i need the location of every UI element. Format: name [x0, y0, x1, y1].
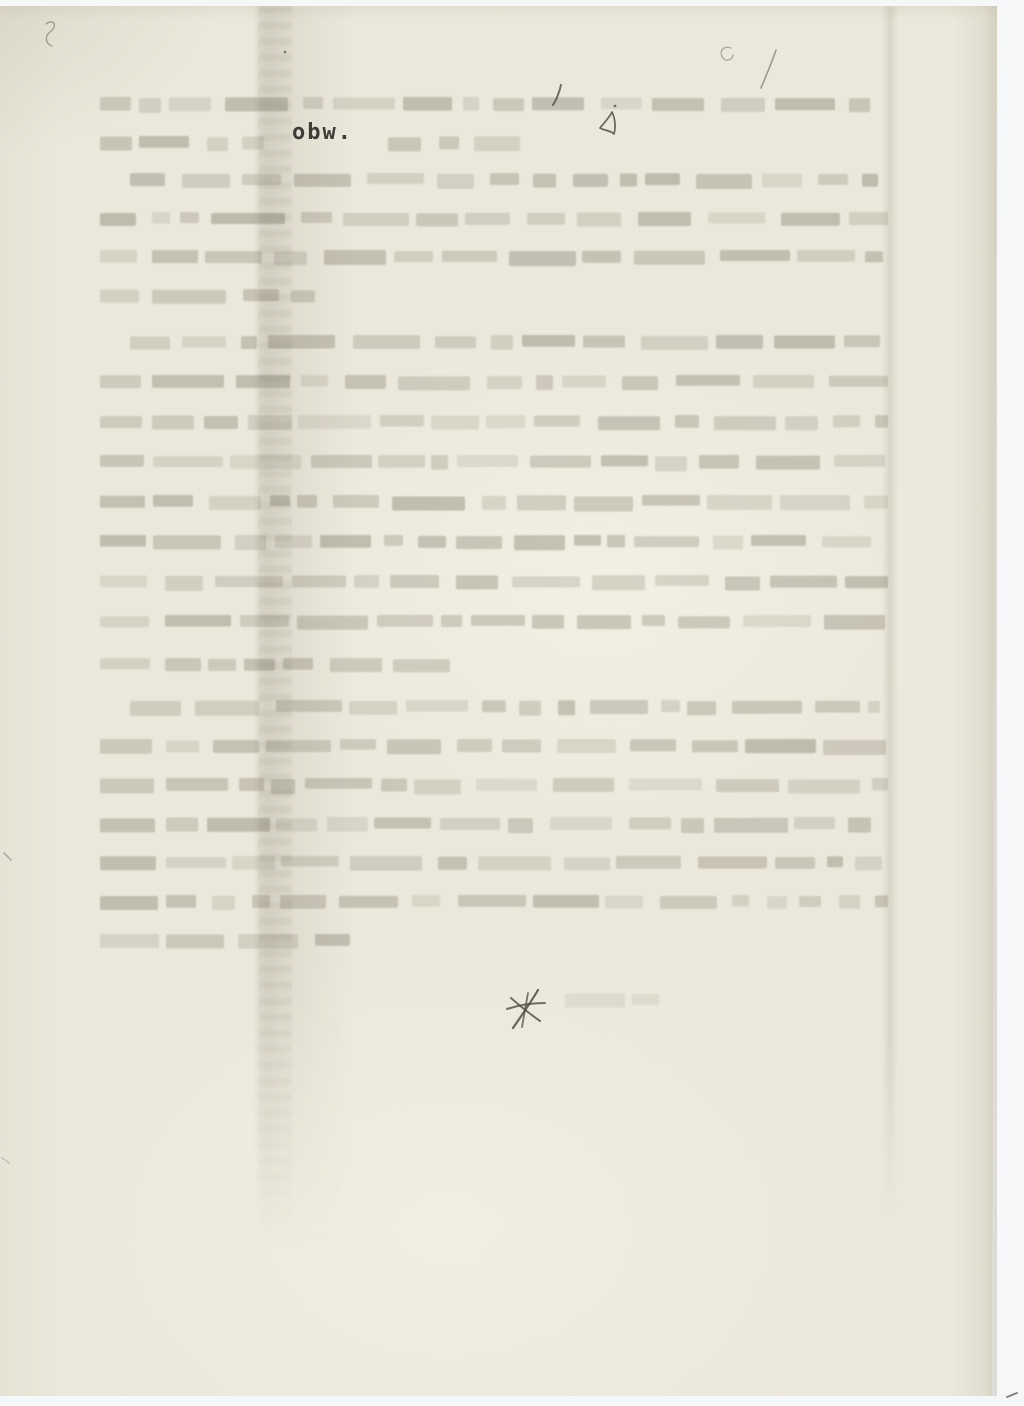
faded-word: [564, 857, 611, 870]
faded-word: [320, 535, 371, 548]
faded-word: [502, 740, 541, 753]
faded-word: [824, 615, 885, 629]
faded-word: [565, 994, 625, 1008]
faded-word: [100, 136, 132, 150]
faded-word: [139, 98, 161, 113]
faded-word: [781, 213, 839, 226]
faded-word: [205, 251, 262, 263]
faded-word: [431, 455, 447, 469]
faded-word: [403, 97, 452, 111]
faded-word: [212, 896, 235, 910]
faded-word: [629, 778, 702, 790]
faded-word: [100, 535, 146, 546]
faded-word: [431, 416, 479, 430]
faded-word: [687, 701, 716, 715]
faded-word: [242, 174, 281, 185]
faded-text-line: [100, 817, 885, 835]
faded-word: [252, 895, 269, 908]
faded-word: [601, 97, 642, 109]
faded-word: [235, 535, 266, 550]
faded-word: [390, 575, 439, 588]
faded-word: [573, 174, 609, 187]
faded-word: [553, 778, 614, 791]
faded-word: [153, 456, 223, 467]
faded-word: [630, 739, 676, 751]
faded-word: [152, 212, 170, 223]
faded-word: [822, 536, 870, 547]
faded-word: [471, 615, 525, 626]
faded-word: [276, 700, 342, 712]
faded-word: [532, 615, 564, 629]
faded-word: [384, 535, 403, 546]
faded-word: [872, 778, 888, 791]
faded-word: [350, 856, 422, 870]
faded-word: [457, 739, 492, 752]
faded-word: [550, 817, 612, 830]
faded-word: [522, 335, 575, 347]
faded-text-line: [130, 173, 878, 191]
faded-word: [311, 455, 371, 468]
faded-word: [509, 251, 576, 266]
faded-word: [849, 212, 888, 225]
faded-word: [215, 576, 284, 587]
faded-word: [100, 416, 142, 428]
faded-word: [456, 536, 502, 549]
faded-word: [562, 376, 606, 388]
faded-word: [152, 416, 194, 430]
faded-word: [642, 615, 665, 626]
faded-word: [100, 496, 145, 508]
faded-word: [340, 739, 375, 750]
faded-text-line: [100, 658, 450, 676]
faded-word: [678, 616, 730, 628]
faded-word: [165, 658, 201, 671]
faded-word: [478, 856, 551, 870]
faded-word: [845, 576, 888, 588]
faded-text-line: [100, 136, 265, 154]
faded-word: [753, 375, 814, 388]
faded-word: [283, 658, 313, 670]
faded-word: [152, 250, 198, 263]
faded-word: [530, 456, 590, 468]
faded-word: [204, 416, 238, 429]
faded-word: [305, 778, 372, 789]
faded-word: [527, 213, 564, 225]
faded-word: [354, 575, 379, 587]
faded-word: [207, 818, 270, 832]
faded-word: [238, 934, 299, 948]
faded-text-line: [100, 250, 888, 268]
faded-word: [512, 576, 580, 587]
faded-word: [696, 174, 752, 189]
faded-word: [558, 700, 575, 715]
faded-word: [645, 173, 680, 185]
faded-word: [439, 136, 459, 149]
faded-word: [339, 896, 398, 908]
faded-word: [166, 740, 200, 752]
faded-word: [681, 818, 704, 833]
faded-word: [291, 290, 315, 302]
faded-word: [139, 136, 189, 148]
faded-text-line: [100, 495, 888, 513]
faded-text-line: [130, 335, 880, 353]
faded-word: [655, 456, 687, 471]
faded-word: [834, 455, 885, 467]
faded-word: [675, 415, 698, 427]
faded-word: [799, 896, 821, 907]
faded-word: [660, 896, 718, 909]
faded-word: [243, 289, 280, 301]
faded-word: [330, 658, 382, 672]
faded-word: [294, 174, 350, 187]
faded-word: [794, 817, 835, 829]
faded-text-line: [100, 739, 890, 757]
faded-word: [574, 535, 601, 546]
faded-word: [280, 895, 326, 909]
right-side-crease: [882, 6, 898, 1216]
faded-word: [519, 701, 541, 716]
faded-word: [232, 856, 275, 870]
faded-word: [598, 416, 661, 430]
faded-word: [622, 376, 658, 390]
faded-text-line: [100, 895, 888, 913]
faded-word: [655, 575, 709, 586]
faded-word: [590, 700, 647, 714]
faded-word: [353, 335, 420, 349]
faded-word: [620, 174, 637, 187]
faded-word: [708, 212, 765, 223]
faded-word: [130, 701, 181, 716]
faded-word: [275, 535, 312, 548]
faded-word: [482, 700, 506, 712]
faded-word: [770, 576, 837, 588]
faded-word: [849, 98, 870, 112]
typed-word-obw: obw.: [292, 120, 353, 145]
faded-word: [270, 495, 290, 506]
faded-word: [100, 818, 155, 832]
faded-word: [153, 535, 221, 549]
faded-word: [698, 857, 767, 869]
faded-word: [100, 856, 156, 870]
faded-word: [394, 251, 433, 262]
paper-right-edge-shadow: [952, 6, 997, 1396]
faded-word: [862, 174, 878, 187]
faded-word: [276, 818, 317, 831]
faded-word: [632, 994, 660, 1005]
faded-word: [692, 740, 738, 752]
faded-word: [745, 739, 816, 753]
faded-text-line: [100, 212, 888, 230]
faded-word: [182, 336, 226, 347]
faded-word: [166, 934, 224, 948]
faded-word: [714, 416, 776, 430]
faded-word: [281, 856, 339, 867]
faded-word: [166, 818, 198, 832]
faded-word: [414, 779, 461, 794]
faded-word: [225, 97, 288, 111]
faded-word: [345, 375, 386, 389]
faded-word: [378, 455, 424, 468]
faded-word: [100, 779, 154, 794]
faded-word: [244, 659, 274, 671]
faded-word: [491, 335, 513, 350]
faded-word: [182, 174, 230, 188]
faded-word: [592, 575, 644, 590]
faded-word: [297, 495, 317, 508]
faded-word: [441, 615, 462, 627]
faded-word: [721, 98, 765, 112]
faded-word: [848, 818, 871, 833]
faded-word: [166, 778, 228, 791]
faded-word: [533, 895, 599, 908]
faded-word: [207, 137, 229, 151]
scanned-document-page: { "meta": { "description": "Scanned page…: [0, 0, 1024, 1406]
faded-word: [374, 818, 431, 829]
faded-word: [713, 536, 743, 550]
faded-word: [268, 335, 335, 349]
faded-word: [377, 615, 434, 627]
faded-word: [208, 659, 236, 671]
faded-text-line: [565, 993, 663, 1011]
faded-word: [152, 290, 226, 304]
faded-word: [641, 336, 708, 350]
faded-word: [634, 536, 700, 547]
faded-word: [732, 895, 749, 907]
faded-word: [213, 740, 259, 753]
faded-word: [865, 251, 884, 262]
faded-word: [100, 658, 150, 669]
faded-word: [100, 739, 152, 753]
faded-word: [442, 251, 497, 262]
faded-word: [767, 896, 787, 909]
faded-word: [100, 896, 158, 910]
faded-word: [301, 212, 332, 223]
faded-word: [292, 575, 346, 587]
faded-word: [100, 616, 149, 627]
faded-word: [605, 896, 643, 909]
faded-word: [699, 455, 740, 469]
faded-word: [714, 818, 787, 833]
faded-word: [707, 495, 772, 510]
faded-word: [100, 455, 144, 467]
faded-word: [387, 739, 441, 754]
faded-word: [412, 895, 440, 907]
faded-word: [392, 496, 466, 510]
faded-text-line: [100, 615, 885, 633]
faded-word: [661, 700, 680, 712]
faded-word: [242, 137, 264, 150]
faded-word: [298, 415, 371, 429]
faded-word: [166, 895, 196, 907]
faded-text-line: [100, 289, 315, 307]
faded-word: [457, 455, 518, 467]
faded-text-line: [100, 415, 888, 433]
faded-word: [775, 98, 835, 110]
faded-word: [209, 496, 260, 510]
faded-text-line: [100, 856, 882, 874]
faded-word: [100, 213, 136, 226]
faded-word: [797, 250, 855, 262]
faded-word: [574, 496, 633, 511]
faded-text-line: [100, 455, 885, 473]
faded-text-line: [100, 934, 365, 952]
bottom-right-speck: [1007, 1393, 1017, 1397]
faded-word: [844, 335, 880, 347]
faded-word: [438, 857, 467, 870]
faded-word: [762, 173, 802, 187]
faded-text-line: [100, 375, 888, 393]
faded-word: [248, 415, 291, 429]
faded-word: [652, 98, 705, 111]
faded-word: [418, 536, 446, 548]
faded-word: [577, 615, 631, 629]
faded-word: [333, 495, 380, 508]
faded-word: [780, 495, 850, 510]
faded-word: [775, 857, 815, 869]
faded-word: [534, 415, 580, 426]
faded-word: [274, 251, 307, 265]
faded-word: [474, 136, 520, 151]
faded-word: [756, 456, 820, 470]
faded-word: [100, 375, 141, 388]
faded-word: [324, 250, 386, 265]
faded-word: [815, 701, 860, 713]
faded-word: [855, 856, 882, 870]
faded-word: [343, 213, 410, 226]
faded-word: [829, 376, 888, 387]
faded-word: [743, 615, 811, 627]
faded-word: [629, 817, 671, 829]
faded-word: [165, 576, 203, 591]
faded-word: [823, 740, 886, 755]
faded-word: [435, 336, 477, 348]
faded-word: [616, 856, 680, 869]
faded-word: [716, 335, 763, 349]
faded-word: [487, 376, 522, 389]
faded-word: [785, 416, 818, 430]
faded-word: [130, 336, 170, 349]
faded-word: [398, 376, 470, 390]
faded-word: [165, 615, 231, 627]
faded-word: [349, 701, 396, 715]
faded-word: [153, 495, 193, 507]
faded-word: [456, 575, 497, 589]
faded-word: [486, 415, 524, 428]
faded-word: [875, 895, 887, 907]
faded-word: [864, 496, 888, 509]
faded-word: [100, 934, 159, 948]
faded-text-line: [388, 136, 520, 154]
faded-word: [827, 856, 843, 867]
faded-word: [100, 575, 147, 587]
faded-word: [180, 212, 199, 223]
faded-word: [725, 576, 760, 590]
faded-word: [638, 212, 691, 226]
faded-word: [327, 817, 368, 831]
faded-word: [634, 251, 705, 265]
faded-text-line: [100, 778, 888, 796]
faded-word: [751, 535, 806, 546]
faded-word: [508, 818, 533, 833]
faded-word: [416, 213, 458, 226]
faded-word: [577, 213, 621, 227]
faded-word: [381, 778, 407, 791]
faded-word: [514, 535, 565, 550]
faded-word: [607, 535, 624, 547]
faded-word: [211, 213, 285, 224]
faded-word: [271, 779, 295, 794]
faded-word: [315, 934, 349, 946]
faded-text-line: [100, 535, 885, 553]
faded-word: [536, 375, 553, 390]
faded-word: [100, 290, 139, 303]
faded-text-line: [100, 97, 870, 115]
faded-text-line: [130, 700, 880, 718]
faded-word: [732, 701, 802, 714]
faded-word: [490, 173, 519, 185]
faded-word: [833, 415, 860, 427]
faded-word: [839, 895, 861, 909]
faded-word: [440, 818, 500, 830]
faded-word: [239, 778, 265, 791]
faded-word: [582, 251, 621, 263]
faded-word: [437, 174, 473, 189]
faded-word: [195, 701, 259, 716]
faded-word: [463, 97, 479, 111]
faded-word: [297, 616, 368, 630]
faded-word: [380, 415, 424, 427]
faded-word: [465, 213, 510, 225]
faded-text-line: [100, 575, 888, 593]
faded-word: [676, 375, 740, 386]
faded-word: [774, 335, 834, 348]
faded-word: [301, 375, 327, 387]
faded-word: [788, 779, 860, 793]
faded-word: [367, 173, 424, 184]
faded-word: [230, 455, 302, 469]
faded-word: [642, 495, 700, 506]
faded-word: [720, 250, 790, 261]
faded-word: [716, 779, 780, 792]
faded-word: [266, 740, 330, 752]
faded-word: [333, 98, 395, 110]
faded-word: [557, 739, 616, 753]
faded-word: [583, 336, 625, 348]
faded-word: [130, 173, 165, 186]
faded-word: [482, 496, 506, 510]
faded-word: [532, 97, 584, 110]
faded-word: [517, 495, 566, 510]
faded-word: [241, 336, 257, 349]
faded-word: [240, 615, 289, 626]
faded-word: [406, 700, 468, 711]
faded-word: [818, 174, 848, 185]
faded-word: [601, 455, 648, 466]
faded-word: [533, 174, 557, 188]
faded-word: [166, 857, 226, 868]
faded-word: [393, 659, 450, 672]
faded-word: [303, 97, 323, 109]
faded-word: [875, 415, 887, 428]
faded-word: [152, 375, 224, 388]
faded-word: [388, 137, 421, 151]
faded-word: [458, 895, 526, 906]
faded-word: [100, 250, 137, 263]
faded-word: [476, 779, 537, 791]
faded-word: [236, 375, 290, 388]
faded-word: [868, 701, 880, 713]
faded-word: [169, 97, 211, 111]
